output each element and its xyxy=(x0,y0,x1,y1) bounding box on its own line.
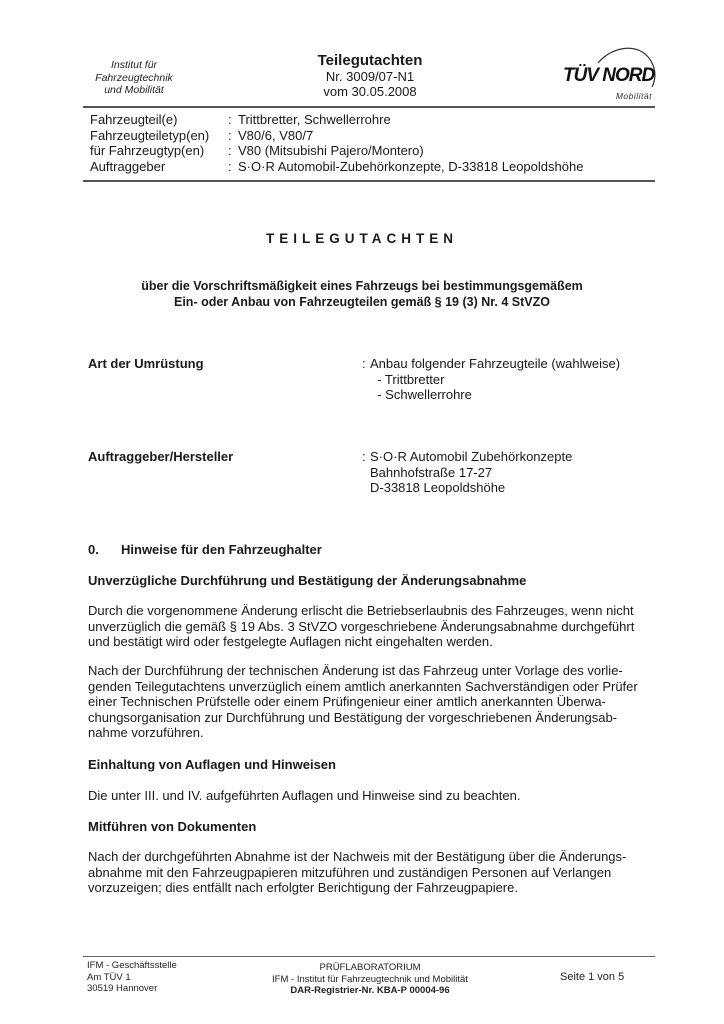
meta-divider xyxy=(83,180,655,182)
main-title: TEILEGUTACHTEN xyxy=(0,231,724,246)
tuev-nord-logo: TÜV NORD Mobilität xyxy=(558,43,658,103)
main-subtitle: über die Vorschriftsmäßigkeit eines Fahr… xyxy=(0,278,724,310)
header-divider xyxy=(83,106,655,108)
document-date: vom 30.05.2008 xyxy=(290,84,450,99)
document-title: Teilegutachten xyxy=(290,52,450,69)
paragraph-dokumente: Nach der durchgeführten Abnahme ist der … xyxy=(88,849,658,896)
info-row: Auftraggeber:S·O·R Automobil-Zubehörkonz… xyxy=(90,159,583,175)
logo-brand: TÜV NORD xyxy=(563,65,654,87)
field-label: Art der Umrüstung xyxy=(88,356,204,372)
field-label: Auftraggeber/Hersteller xyxy=(88,449,233,465)
footer-address: IFM - Geschäftsstelle Am TÜV 1 30519 Han… xyxy=(87,960,177,995)
subheading-abnahme: Unverzügliche Durchführung und Bestätigu… xyxy=(88,573,658,589)
subheading-dokumente: Mitführen von Dokumenten xyxy=(88,819,658,835)
document-header: Teilegutachten Nr. 3009/07-N1 vom 30.05.… xyxy=(290,52,450,99)
paragraph-durchfuehrung: Nach der Durchführung der technischen Än… xyxy=(88,663,658,741)
logo-subtitle: Mobilität xyxy=(616,91,652,101)
document-number: Nr. 3009/07-N1 xyxy=(290,69,450,84)
info-row: für Fahrzeugtyp(en):V80 (Mitsubishi Paje… xyxy=(90,143,583,159)
info-row: Fahrzeugteiletyp(en):V80/6, V80/7 xyxy=(90,128,583,144)
institute-name: Institut für Fahrzeugtechnik und Mobilit… xyxy=(78,59,190,97)
section-heading: 0.Hinweise für den Fahrzeughalter xyxy=(88,542,658,558)
footer-divider xyxy=(83,956,655,957)
info-row: Fahrzeugteil(e):Trittbretter, Schwellerr… xyxy=(90,112,583,128)
part-info-table: Fahrzeugteil(e):Trittbretter, Schwellerr… xyxy=(90,112,583,174)
page-number: Seite 1 von 5 xyxy=(560,971,624,983)
paragraph-auflagen: Die unter III. und IV. aufgeführten Aufl… xyxy=(88,788,658,804)
paragraph-betriebserlaubnis: Durch die vorgenommene Änderung erlischt… xyxy=(88,603,658,650)
subheading-auflagen: Einhaltung von Auflagen und Hinweisen xyxy=(88,757,658,773)
footer-lab-info: PRÜFLABORATORIUM IFM - Institut für Fahr… xyxy=(230,962,510,997)
